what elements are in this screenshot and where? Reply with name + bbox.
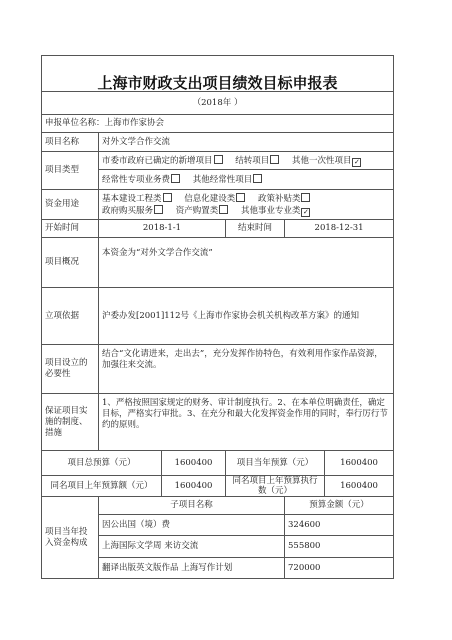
end-label: 结束时间 (226, 220, 285, 238)
use-option-other-professional[interactable]: 其他事业专业类✓ (241, 206, 311, 216)
current-budget-label: 项目当年预算（元） (226, 451, 325, 476)
checkbox-icon[interactable] (270, 155, 279, 164)
form-year: （2018年 ） (42, 92, 394, 115)
type-option-onetime[interactable]: 其他一次性项目✓ (292, 156, 362, 166)
checkbox-icon[interactable] (163, 193, 172, 202)
unit-value: 上海市作家协会 (105, 118, 165, 128)
project-type-label: 项目类型 (42, 152, 99, 190)
subproject-name: 因公出国（境）费 (99, 515, 285, 536)
subproject-amount: 324600 (285, 515, 394, 536)
checkbox-icon[interactable] (236, 193, 245, 202)
composition-label: 项目当年投入资金构成 (42, 497, 99, 579)
checkbox-icon[interactable] (253, 174, 262, 183)
start-label: 开始时间 (42, 220, 99, 238)
report-form: 上海市财政支出项目绩效目标申报表 （2018年 ） 申报单位名称：上海市作家协会… (41, 55, 393, 579)
measures-value: 1、严格按照国家规定的财务、审计制度执行。2、在本单位明确责任，确定目标，严格实… (99, 394, 394, 451)
checkbox-icon[interactable] (219, 205, 228, 214)
current-budget-value: 1600400 (325, 451, 394, 476)
prev-budget-value: 1600400 (162, 476, 226, 497)
unit-label: 申报单位名称： (45, 118, 105, 128)
checkbox-icon[interactable] (154, 205, 163, 214)
subproject-name: 翻译出版英文版作品 上海写作计划 (99, 558, 285, 579)
type-option-other-recurring[interactable]: 其他经常性项目 (193, 175, 263, 185)
subproject-amount: 555800 (285, 536, 394, 558)
subproject-name: 上海国际文学周 来访交流 (99, 536, 285, 558)
total-budget-label: 项目总预算（元） (42, 451, 162, 476)
use-option-gov-purchase[interactable]: 政府购买服务 (102, 206, 163, 216)
project-name-value: 对外文学合作交流 (99, 133, 394, 152)
fund-use-label: 资金用途 (42, 190, 99, 220)
measures-label: 保证项目实施的制度、措施 (42, 394, 99, 451)
overview-value: 本资金为“对外文学合作交流” (99, 238, 394, 288)
checkbox-icon[interactable] (214, 155, 223, 164)
start-value: 2018-1-1 (99, 220, 226, 238)
total-budget-value: 1600400 (162, 451, 226, 476)
checkbox-checked-icon[interactable]: ✓ (301, 208, 310, 217)
checkbox-checked-icon[interactable]: ✓ (352, 158, 361, 167)
necessity-label: 项目设立的必要性 (42, 345, 99, 394)
subproject-amount-header: 预算金额（元） (285, 497, 394, 515)
basis-value: 沪委办发[2001]112号《上海市作家协会机关机构改革方案》的通知 (99, 288, 394, 345)
type-option-carryover[interactable]: 结转项目 (235, 156, 279, 166)
fund-use-options: 基本建设工程类 信息化建设类 政策补贴类 政府购买服务 资产购置类 其他事业专业… (99, 190, 394, 220)
subproject-name-header: 子项目名称 (99, 497, 285, 515)
basis-label: 立项依据 (42, 288, 99, 345)
end-value: 2018-12-31 (285, 220, 394, 238)
type-option-recurring-special[interactable]: 经常性专项业务费 (102, 175, 180, 185)
project-name-label: 项目名称 (42, 133, 99, 152)
checkbox-icon[interactable] (301, 193, 310, 202)
prev-exec-value: 1600400 (325, 476, 394, 497)
type-option-new[interactable]: 市委市政府已确定的新增项目 (102, 156, 223, 166)
prev-exec-label: 同名项目上年预算执行数（元） (226, 476, 325, 497)
form-title: 上海市财政支出项目绩效目标申报表 (42, 56, 394, 92)
use-option-it[interactable]: 信息化建设类 (184, 194, 245, 204)
use-option-subsidy[interactable]: 政策补贴类 (258, 194, 311, 204)
prev-budget-label: 同名项目上年预算额（元） (42, 476, 162, 497)
project-type-row2: 经常性专项业务费 其他经常性项目 (99, 170, 394, 190)
checkbox-icon[interactable] (171, 174, 180, 183)
use-option-assets[interactable]: 资产购置类 (176, 206, 229, 216)
necessity-value: 结合“文化请进来，走出去”，充分发挥作协特色，有效利用作家作品资源，加强往来交流… (99, 345, 394, 394)
unit-row: 申报单位名称：上海市作家协会 (42, 115, 394, 133)
overview-label: 项目概况 (42, 238, 99, 288)
use-option-construction[interactable]: 基本建设工程类 (102, 194, 172, 204)
subproject-amount: 720000 (285, 558, 394, 579)
project-type-row1: 市委市政府已确定的新增项目 结转项目 其他一次性项目✓ (99, 152, 394, 170)
